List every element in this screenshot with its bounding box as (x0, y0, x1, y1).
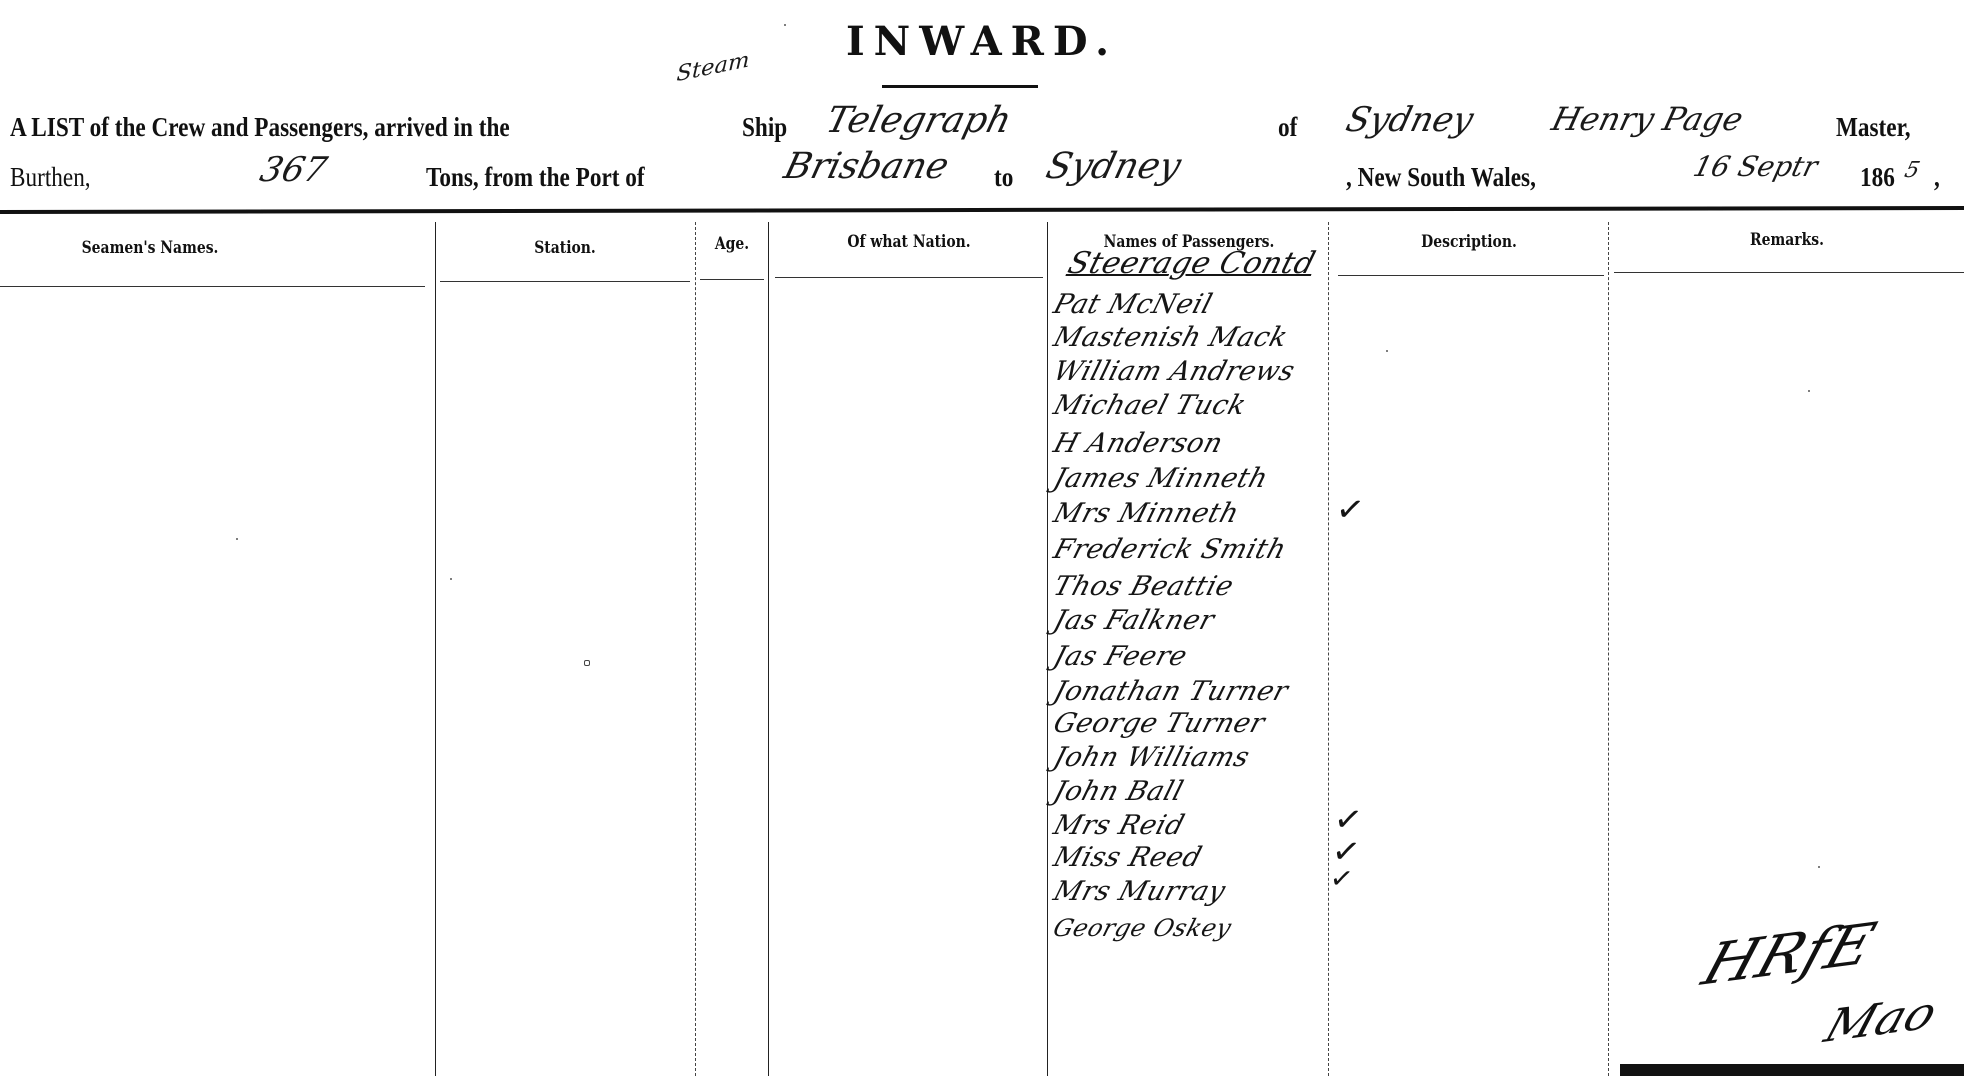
year-suffix: 5 (1902, 158, 1922, 183)
scan-speck (1386, 350, 1388, 352)
passenger-name: George Oskey (1050, 914, 1235, 942)
ship-label: Ship (742, 112, 787, 143)
passenger-name: Mrs Murray (1050, 876, 1229, 907)
passenger-name: John Ball (1050, 776, 1187, 807)
passenger-name: James Minneth (1050, 463, 1272, 494)
column-divider (435, 222, 436, 1076)
scan-speck (450, 578, 452, 580)
signature-title: Mao (1818, 985, 1943, 1053)
column-header-seamen-names: Seamen's Names. (27, 238, 273, 258)
passenger-name: George Turner (1050, 708, 1269, 739)
column-header-nation: Of what Nation. (795, 232, 1023, 252)
header-trailing-comma: , (1934, 162, 1940, 193)
signature-name: HRfE (1695, 909, 1884, 998)
tons-from-port-label: Tons, from the Port of (426, 162, 645, 193)
header-underline (0, 286, 425, 287)
passenger-name: Thos Beattie (1050, 571, 1237, 602)
passenger-name: William Andrews (1050, 356, 1299, 387)
scan-speck (1808, 390, 1810, 392)
header-underline (700, 279, 764, 280)
passenger-name: Michael Tuck (1050, 390, 1250, 421)
steerage-section-label: Steerage Contd (1064, 246, 1319, 281)
column-header-description: Description. (1355, 232, 1583, 252)
header-rule (0, 206, 1964, 214)
column-divider (1608, 222, 1610, 1076)
passenger-name: Jas Falkner (1050, 605, 1218, 636)
to-label: to (994, 162, 1013, 193)
header-underline (440, 281, 690, 282)
passenger-name: Jonathan Turner (1050, 676, 1292, 707)
column-divider (768, 222, 769, 1076)
master-name: Henry Page (1548, 100, 1747, 138)
column-header-age: Age. (702, 234, 761, 254)
column-header-station: Station. (463, 238, 668, 258)
arrival-date: 16 Septr (1690, 150, 1821, 183)
scan-speck (784, 24, 786, 26)
ship-home-port: Sydney (1342, 100, 1477, 140)
column-divider (695, 222, 697, 1076)
passenger-name: Mrs Minneth (1050, 498, 1243, 529)
header-underline (1338, 275, 1604, 276)
scan-speck (236, 538, 238, 540)
column-divider (1047, 222, 1048, 1076)
list-intro-text: A LIST of the Crew and Passengers, arriv… (10, 112, 510, 143)
ship-name: Telegraph (822, 100, 1016, 141)
scan-edge-bar (1620, 1064, 1964, 1076)
to-port: Sydney (1042, 146, 1185, 187)
checkmark-icon: ✓ (1333, 488, 1367, 532)
master-label: Master, (1836, 112, 1911, 143)
from-port: Brisbane (780, 146, 953, 187)
burthen-label: Burthen, (10, 162, 91, 193)
passenger-name: H Anderson (1050, 428, 1227, 459)
header-underline (1614, 272, 1964, 273)
passenger-name: Miss Reed (1050, 842, 1206, 873)
passenger-name: Mrs Reid (1050, 810, 1188, 841)
title-underline (882, 85, 1038, 88)
year-prefix: 186 (1860, 162, 1895, 193)
column-divider (1328, 222, 1330, 1076)
colony-label: , New South Wales, (1346, 162, 1536, 193)
checkmark-icon: ✓ (1328, 861, 1356, 897)
passenger-name: Frederick Smith (1050, 534, 1290, 565)
scan-speck (584, 660, 590, 666)
column-header-remarks: Remarks. (1642, 230, 1932, 250)
header-underline (775, 277, 1043, 278)
passenger-name: Pat McNeil (1050, 289, 1216, 320)
passenger-name: Mastenish Mack (1050, 322, 1291, 353)
passenger-name: John Williams (1050, 742, 1253, 773)
document-title: INWARD. (0, 18, 1964, 65)
passenger-name: Jas Feere (1050, 641, 1191, 672)
of-label: of (1278, 112, 1297, 143)
burthen-value: 367 (256, 150, 331, 190)
scan-speck (1818, 866, 1820, 868)
